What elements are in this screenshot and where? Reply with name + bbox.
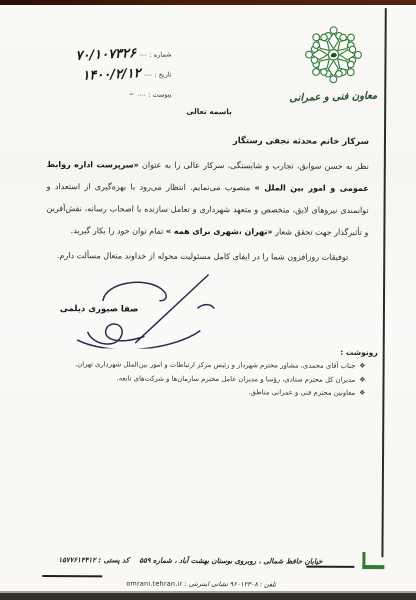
letter-date-row: تاریخ : ۱۴۰۰/۲/۱۲ bbox=[45, 65, 171, 84]
green-corner-bracket bbox=[362, 552, 384, 569]
org-title-calligraphy: معاون فنی و عمرانی bbox=[274, 90, 392, 104]
body-intro: نظر به حسن سوابق، تجارب و شایستگی، سرکار… bbox=[139, 161, 369, 171]
web-pair: نشانی اینترنتی : omrani.tehran.ir bbox=[126, 580, 228, 589]
footer-rule-right bbox=[306, 566, 354, 568]
diamond-bullet-icon: ❖ bbox=[359, 387, 365, 401]
reference-block: شماره : ۷۰/۱۰۷۳۲۶ تاریخ : ۱۴۰۰/۲/۱۲ پیوس… bbox=[45, 45, 171, 106]
phone-value: ۹۶۰۱۲۳۰۸ bbox=[230, 580, 258, 588]
salutation: سرکار خانم محدثه نجفی رستگار bbox=[47, 135, 369, 147]
tehran-municipality-logo-icon bbox=[303, 25, 363, 85]
cc-label: رونوشت : bbox=[40, 346, 378, 357]
signer-name: صفا صبوری دیلمی bbox=[60, 304, 139, 314]
appointment-paragraph: نظر به حسن سوابق، تجارب و شایستگی، سرکار… bbox=[46, 154, 369, 244]
slogan: «تهران ،شهری برای همه » bbox=[166, 227, 273, 237]
besmele-line: باسمه تعالی bbox=[1, 106, 416, 118]
attachment-label: پیوست : bbox=[148, 90, 171, 99]
footer-address-line: خیابان حافظ شمالی ، روبروی بوستان بهشت آ… bbox=[86, 556, 322, 565]
number-label: شماره : bbox=[149, 50, 171, 59]
closing-line: توفیقات روزافزون شما را در ایفای کامل مس… bbox=[46, 246, 368, 268]
web-label: نشانی اینترنتی : bbox=[184, 580, 228, 588]
diamond-bullet-icon: ❖ bbox=[359, 373, 365, 387]
cc-item-text: معاونین محترم فنی و عمرانی مناطق. bbox=[248, 386, 355, 400]
letter-number-row: شماره : ۷۰/۱۰۷۳۲۶ bbox=[45, 45, 171, 64]
phone-label: تلفن : bbox=[260, 580, 277, 588]
dotted-rule bbox=[139, 54, 146, 56]
org-header: معاون فنی و عمرانی bbox=[274, 24, 392, 103]
cc-item: ❖ معاونین محترم فنی و عمرانی مناطق. bbox=[39, 385, 377, 401]
date-value: ۱۴۰۰/۲/۱۲ bbox=[82, 66, 141, 84]
diamond-bullet-icon: ❖ bbox=[359, 360, 365, 374]
cc-item-text: مدیران کل محترم ستادی، رؤسا و مدیران عام… bbox=[117, 372, 356, 387]
dotted-rule bbox=[138, 94, 145, 96]
phone-pair: تلفن : ۹۶۰۱۲۳۰۸ bbox=[230, 580, 277, 588]
letter-sheet: شماره : ۷۰/۱۰۷۳۲۶ تاریخ : ۱۴۰۰/۲/۱۲ پیوس… bbox=[0, 0, 416, 600]
dotted-rule bbox=[144, 74, 151, 76]
street-address: خیابان حافظ شمالی ، روبروی بوستان بهشت آ… bbox=[139, 557, 322, 566]
letter-body: سرکار خانم محدثه نجفی رستگار نظر به حسن … bbox=[46, 135, 369, 350]
footer-contact-line: تلفن : ۹۶۰۱۲۳۰۸ نشانی اینترنتی : omrani.… bbox=[126, 580, 276, 589]
letter-attachment-row: پیوست : – bbox=[45, 85, 171, 104]
number-value: ۷۰/۱۰۷۳۲۶ bbox=[76, 45, 137, 63]
body-end: تمام توان خود را بکار گیرید. bbox=[71, 226, 166, 236]
signature-block: صفا صبوری دیلمی bbox=[48, 270, 238, 349]
scan-bottom-edge bbox=[0, 593, 416, 600]
footer-rule-left bbox=[42, 575, 102, 577]
cc-section: رونوشت : ❖ جناب آقای محمدی، مشاور محترم … bbox=[39, 346, 377, 401]
cc-item: ❖ جناب آقای محمدی، مشاور محترم شهردار و … bbox=[40, 358, 378, 374]
attachment-value: – bbox=[129, 89, 135, 99]
postal-value: ۱۵۷۷۶۱۴۴۱۲ bbox=[58, 556, 96, 564]
web-value: omrani.tehran.ir bbox=[126, 580, 182, 588]
postal-label: کد پستی : bbox=[98, 556, 129, 564]
date-label: تاریخ : bbox=[154, 70, 171, 78]
